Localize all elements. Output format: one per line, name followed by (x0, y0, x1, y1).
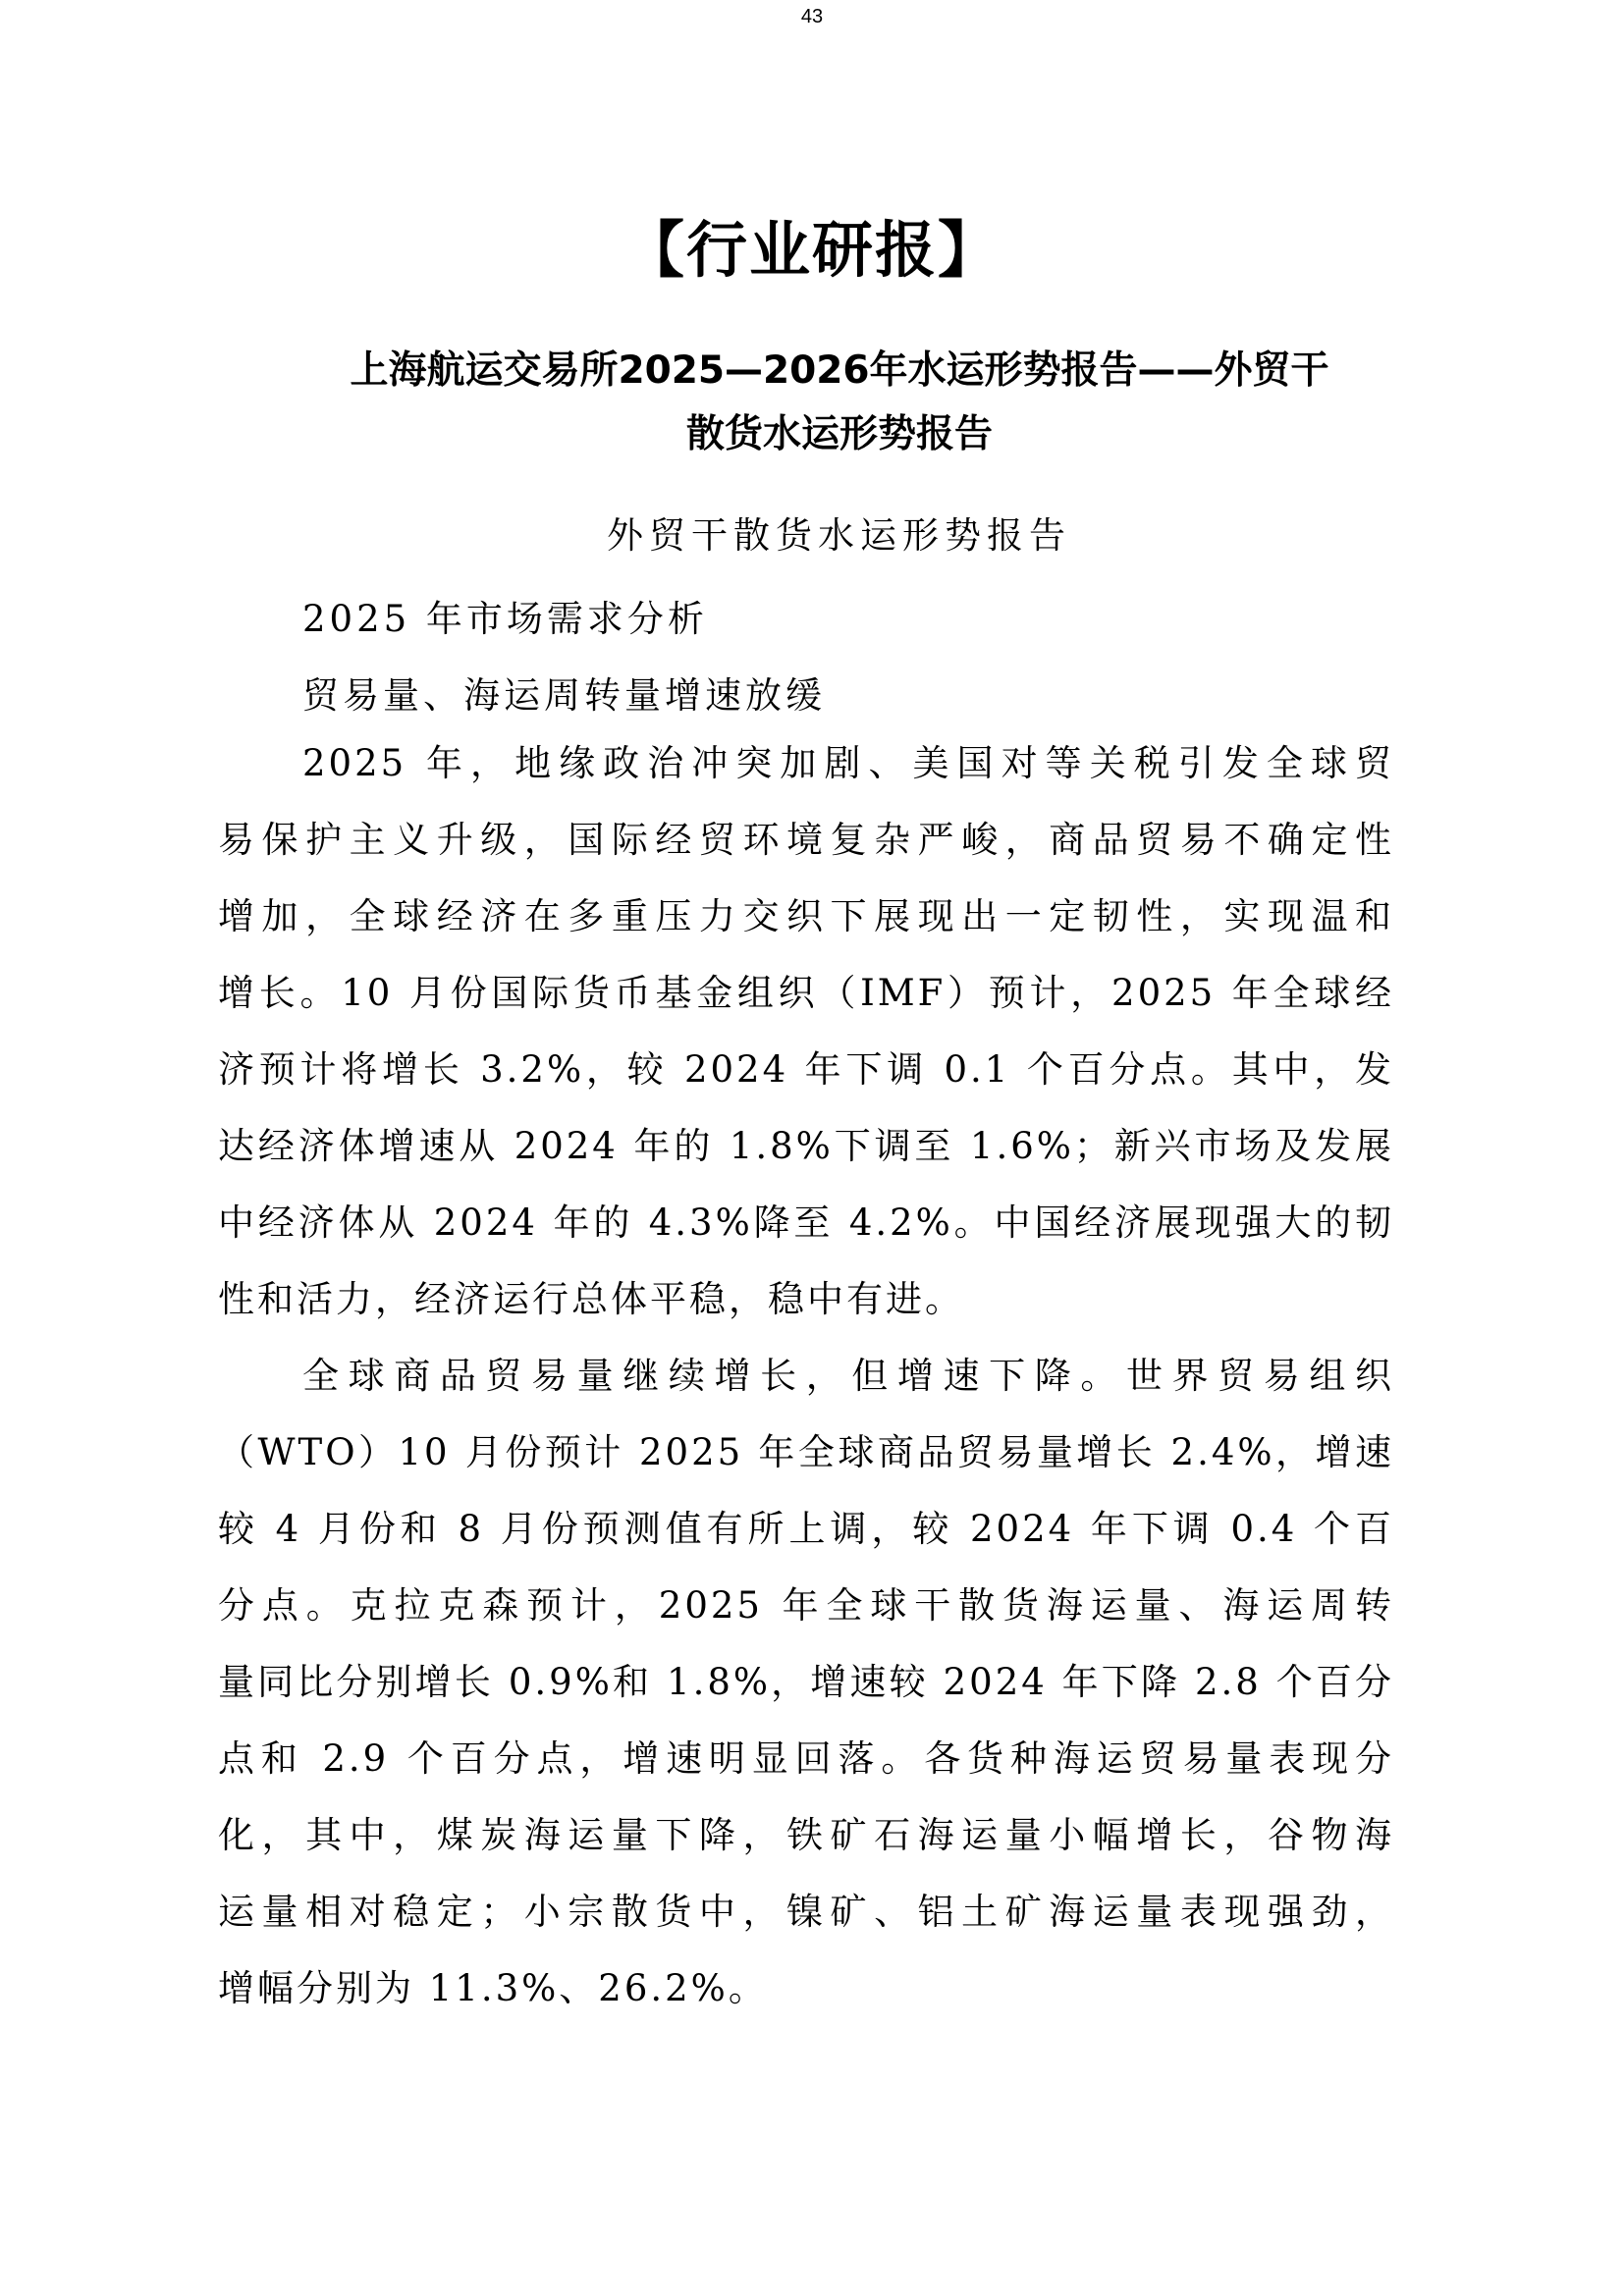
text-line: 化，其中，煤炭海运量下降，铁矿石海运量小幅增长，谷物海 (218, 1812, 1394, 1859)
text-line: 中经济体从 2024 年的 4.3%降至 4.2%。中国经济展现强大的韧 (218, 1200, 1394, 1247)
text-line: 增加，全球经济在多重压力交织下展现出一定韧性，实现温和 (218, 893, 1394, 940)
text-line: 较 4 月份和 8 月份预测值有所上调，较 2024 年下调 0.4 个百 (218, 1506, 1394, 1553)
document-title-line-2: 散货水运形势报告 (285, 393, 1394, 477)
text-line: 2025 年，地缘政治冲突加剧、美国对等关税引发全球贸 (302, 740, 1394, 787)
text-line: 分点。克拉克森预计，2025 年全球干散货海运量、海运周转 (218, 1582, 1394, 1629)
text-line: 济预计将增长 3.2%，较 2024 年下调 0.1 个百分点。其中，发 (218, 1046, 1394, 1094)
section-title: 【行业研报】 (0, 201, 1624, 289)
text-line: 全球商品贸易量继续增长，但增速下降。世界贸易组织 (302, 1353, 1394, 1400)
heading-demand-analysis: 2025 年市场需求分析 (302, 589, 708, 642)
text-line: 性和活力，经济运行总体平稳，稳中有进。 (218, 1276, 1394, 1323)
text-line: 点和 2.9 个百分点，增速明显回落。各货种海运贸易量表现分 (218, 1735, 1394, 1783)
text-line: 增幅分别为 11.3%、26.2%。 (218, 1965, 1394, 2012)
text-line: 达经济体增速从 2024 年的 1.8%下调至 1.6%；新兴市场及发展 (218, 1123, 1394, 1170)
text-line: 易保护主义升级，国际经贸环境复杂严峻，商品贸易不确定性 (218, 817, 1394, 864)
text-line: 增长。10 月份国际货币基金组织（IMF）预计，2025 年全球经 (218, 970, 1394, 1017)
page-number: 43 (0, 6, 1624, 28)
text-line: 量同比分别增长 0.9%和 1.8%，增速较 2024 年下降 2.8 个百分 (218, 1659, 1394, 1706)
text-line: 运量相对稳定；小宗散货中，镍矿、铝土矿海运量表现强劲， (218, 1889, 1394, 1936)
report-subtitle: 外贸干散货水运形势报告 (607, 506, 1071, 559)
heading-trade-volume: 贸易量、海运周转量增速放缓 (302, 666, 826, 719)
text-line: （WTO）10 月份预计 2025 年全球商品贸易量增长 2.4%，增速 (218, 1429, 1394, 1476)
